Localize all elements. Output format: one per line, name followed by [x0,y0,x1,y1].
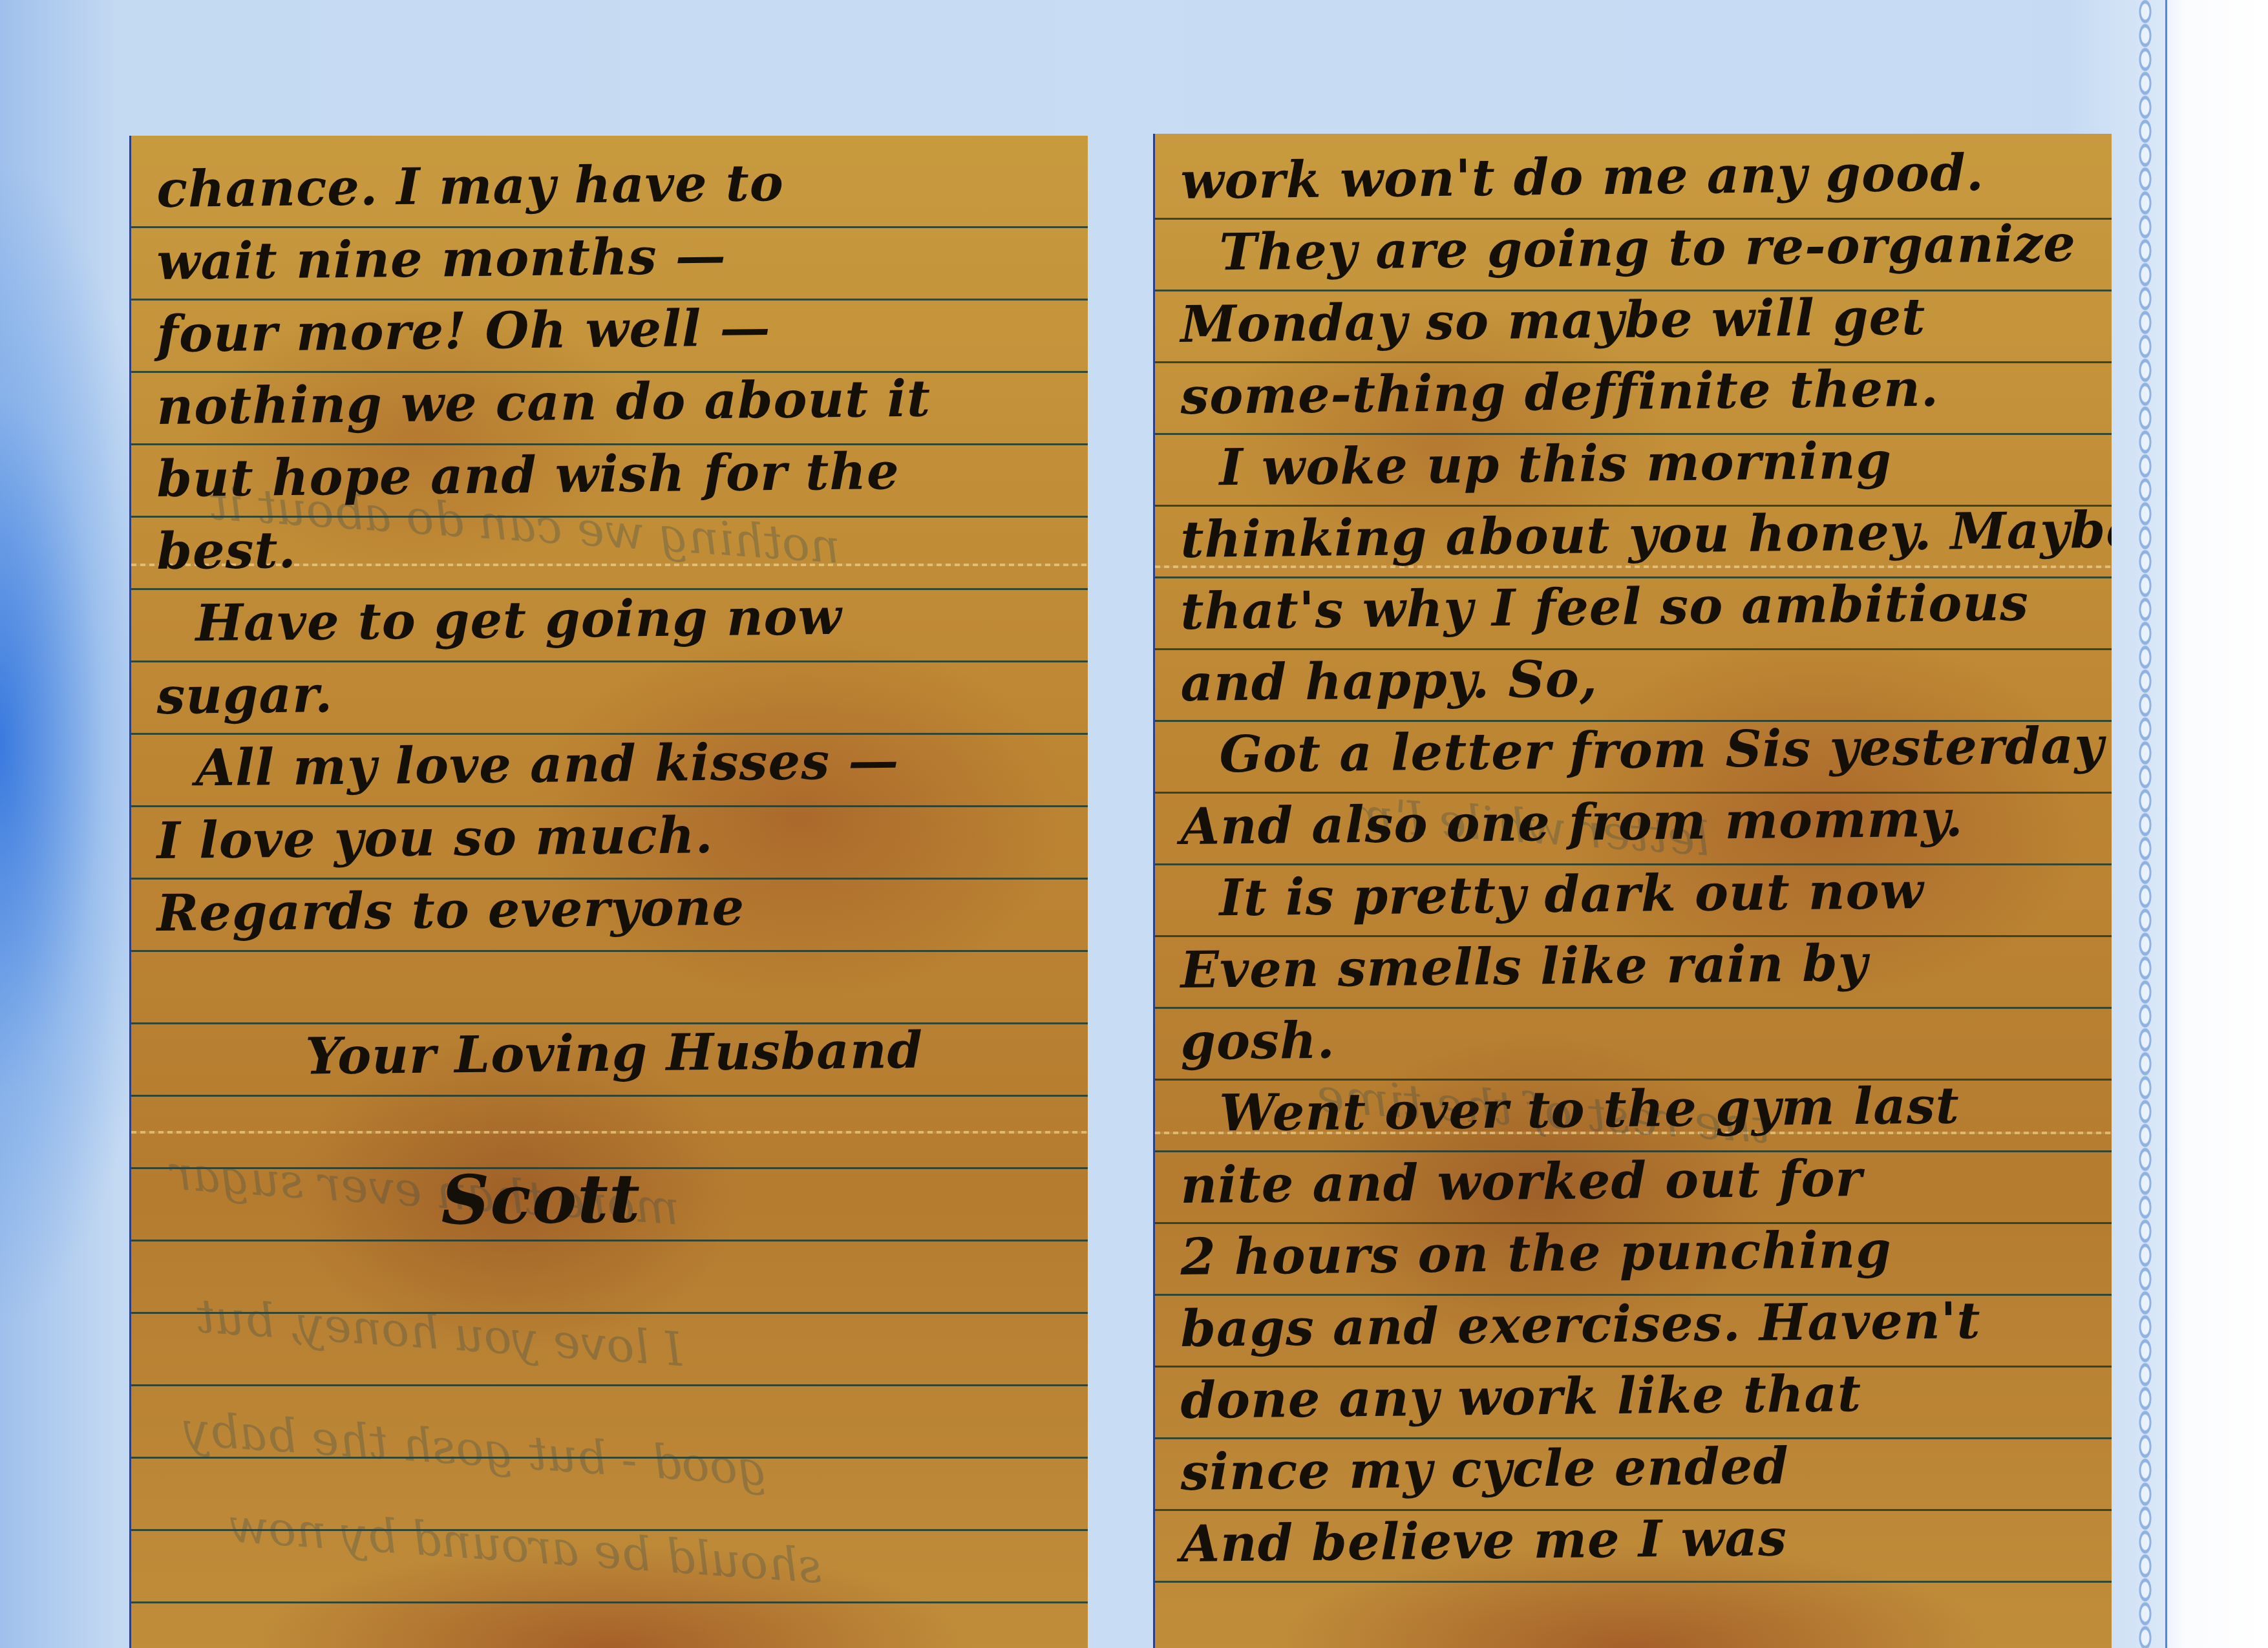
letter-line: four more! Oh well — [156,289,1068,371]
letter-line: thinking about you honey. Maybe [1180,494,2092,576]
letter-line: They are going to re-organize [1180,207,2092,290]
letter-line: And believe me I was [1180,1499,2092,1581]
letter-line: sugar. [156,651,1068,733]
bleed-through-text: should be around by now [227,1498,824,1594]
ruled-line [131,1384,1088,1386]
letter-line: And also one from mommy. [1180,781,2092,863]
sheet-protector-perforations [2137,0,2154,1648]
letter-line: some-thing deffinite then. [1180,351,2092,433]
letter-page-right: letter while I'm the rest of the time wo… [1155,134,2112,1648]
letter-page-left: nothing we can do about it more than eve… [131,136,1088,1648]
bleed-through-text: good - but gosh the baby [182,1402,769,1497]
letter-line: nite and worked out for [1180,1140,2092,1222]
fold-crease [131,1131,1088,1134]
ruled-line [131,950,1088,952]
ruled-line [131,1601,1088,1603]
ruled-line [1155,1581,2112,1583]
ruled-line [131,1312,1088,1314]
letter-line: nothing we can do about it [156,361,1068,443]
letter-line: Even smells like rain by [1180,925,2092,1007]
letter-line: Got a letter from Sis yesterday [1180,710,2092,792]
letter-line: chance. I may have to [156,144,1068,226]
letter-line: that's why I feel so ambitious [1180,566,2092,648]
letter-line: since my cycle ended [1180,1427,2092,1509]
letter-line: I love you so much. [156,796,1068,878]
letter-line: work won't do me any good. [1180,136,2092,218]
letter-line: Regards to everyone [156,868,1068,950]
letter-line: Monday so maybe will get [1180,279,2092,361]
bleed-through-text: I love you honey, but [195,1289,684,1377]
letter-line: wait nine months — [156,217,1068,299]
letter-line: All my love and kisses — [156,723,1068,805]
letter-line: gosh. [1180,997,2092,1079]
letter-signature: Scott [156,1157,1068,1240]
ruled-line [131,1240,1088,1241]
letter-line: 2 hours on the punching [1180,1212,2092,1294]
letter-line: done any work like that [1180,1355,2092,1437]
letter-line: I woke up this morning [1180,423,2092,505]
letter-line: Have to get going now [156,578,1068,660]
ruled-line [131,1095,1088,1097]
letter-line: It is pretty dark out now [1180,853,2092,935]
letter-line: but hope and wish for the [156,434,1068,516]
letter-line: best. [156,506,1068,588]
letter-closing: Your Loving Husband [156,1013,1068,1095]
ruled-line [131,1457,1088,1459]
letter-line: and happy. So, [1180,638,2092,720]
letter-line: Went over to the gym last [1180,1068,2092,1150]
ruled-line [131,1529,1088,1531]
letter-line: bags and exercises. Haven't [1180,1284,2092,1366]
sheet-protector-edge [2165,0,2268,1648]
